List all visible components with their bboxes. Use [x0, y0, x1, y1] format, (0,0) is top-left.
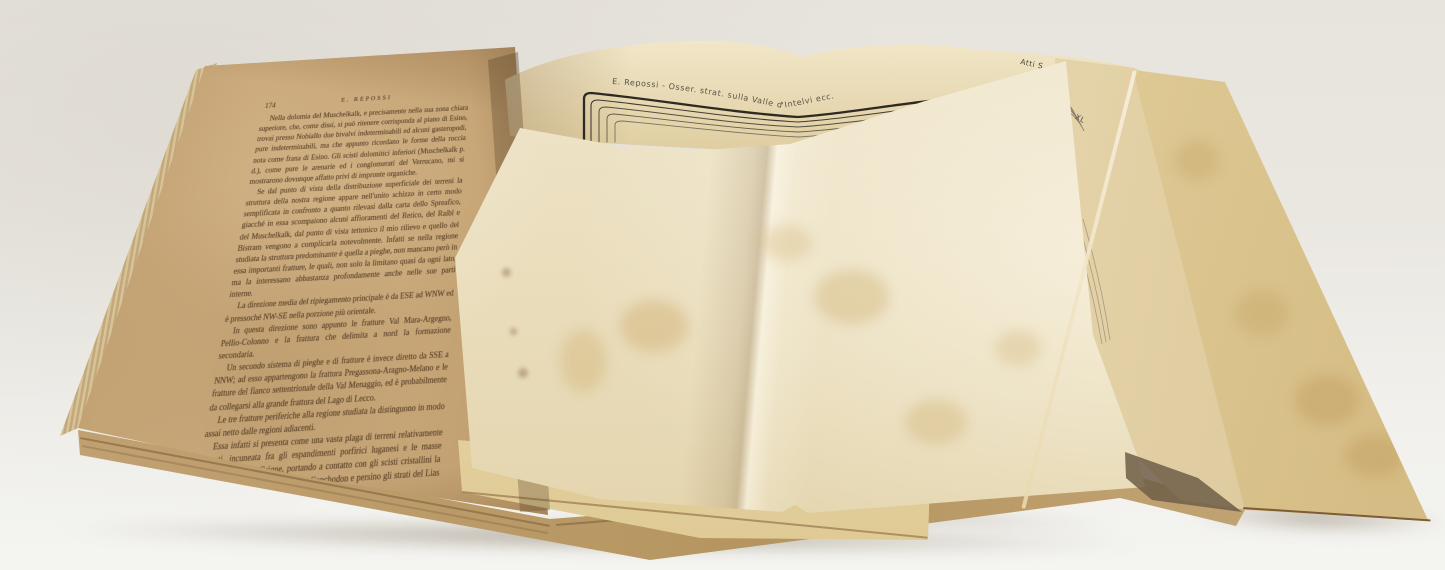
foxing-spot [518, 368, 528, 378]
stain [995, 330, 1041, 366]
stain [905, 400, 967, 444]
stain [815, 270, 889, 324]
foxing-spot [510, 328, 517, 335]
stain [760, 225, 812, 261]
stain [560, 330, 606, 392]
stain [1295, 375, 1359, 425]
stain [1235, 290, 1289, 336]
book-photograph: 174 E. REPOSSI Nella dolomia del Muschel… [0, 0, 1445, 570]
stain [1175, 140, 1219, 180]
foxing-spot [502, 268, 511, 277]
stain [620, 300, 688, 352]
